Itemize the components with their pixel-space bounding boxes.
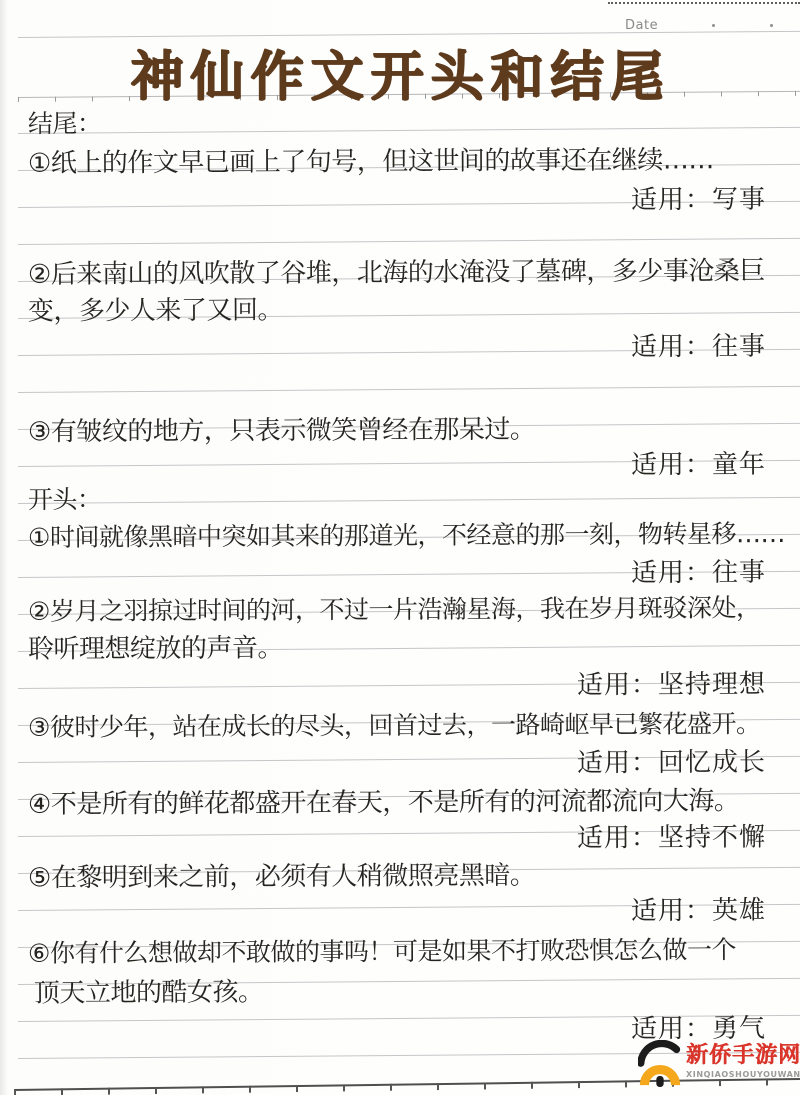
opening-item-2-text-line-2: 聆听理想绽放的声音。 (28, 627, 283, 665)
opening-item-4-text: ④不是所有的鲜花都盛开在春天，不是所有的河流都流向大海。 (28, 780, 739, 821)
opening-item-4-usage: 适用：坚持不懈 (577, 817, 766, 855)
ending-item-2-text-line-1: ②后来南山的风吹散了谷堆，北海的水淹没了墓碑，多少事沧桑巨 (28, 250, 765, 291)
watermark-site-name: 新侨手游网 (686, 1044, 800, 1068)
ending-item-1-text: ①纸上的作文早已画上了句号，但这世间的故事还在继续…… (28, 139, 714, 180)
opening-section-heading: 开头： (28, 480, 102, 516)
date-label: Date (625, 18, 658, 33)
top-dotted-line (608, 2, 800, 4)
ruled-line (18, 497, 800, 504)
opening-item-3-usage: 适用：回忆成长 (577, 742, 766, 780)
house-icon (638, 1040, 682, 1090)
opening-item-3-text: ③彼时少年，站在成长的尽头，回首过去，一路崎岖早已繁花盛开。 (28, 704, 761, 744)
page-title: 神仙作文开头和结尾 (0, 34, 800, 110)
ending-item-3-usage: 适用：童年 (631, 444, 766, 482)
opening-item-6-text-line-1: ⑥你有什么想做却不敢做的事吗！可是如果不打败恐惧怎么做一个 (28, 930, 736, 970)
opening-item-2-usage: 适用：坚持理想 (577, 664, 766, 702)
ending-item-2-text-line-2: 变，多少人来了又回。 (28, 289, 283, 327)
watermark: 新侨手游网 XINQIAOSHOUYOUWANG (638, 1038, 798, 1090)
opening-item-1-usage: 适用：往事 (631, 552, 766, 590)
date-separator-dot (712, 24, 715, 27)
opening-item-1-text: ①时间就像黑暗中突如其来的那道光，不经意的那一刻，物转星移…… (28, 514, 785, 554)
notebook-page: Date 神仙作文开头和结尾 结尾： ①纸上的作文早已画上了句号，但这世间的故事… (0, 0, 800, 1095)
ending-item-1-usage: 适用：写事 (631, 179, 766, 217)
ruled-line (18, 238, 800, 245)
ending-item-2-usage: 适用：往事 (631, 326, 766, 364)
watermark-site-name-pinyin: XINQIAOSHOUYOUWANG (686, 1070, 800, 1079)
opening-item-5-text: ⑤在黎明到来之前，必须有人稍微照亮黑暗。 (28, 855, 535, 895)
ruled-line (18, 127, 800, 134)
opening-item-6-text-line-2: 顶天立地的酷女孩。 (34, 971, 264, 1009)
opening-item-5-usage: 适用：英雄 (631, 890, 766, 928)
opening-item-2-text-line-1: ②岁月之羽掠过时间的河，不过一片浩瀚星海，我在岁月斑驳深处， (28, 588, 761, 628)
ruled-line (18, 386, 800, 393)
date-separator-dot (770, 24, 773, 27)
ending-section-heading: 结尾： (28, 104, 102, 140)
ending-item-3-text: ③有皱纹的地方，只表示微笑曾经在那呆过。 (28, 409, 535, 449)
